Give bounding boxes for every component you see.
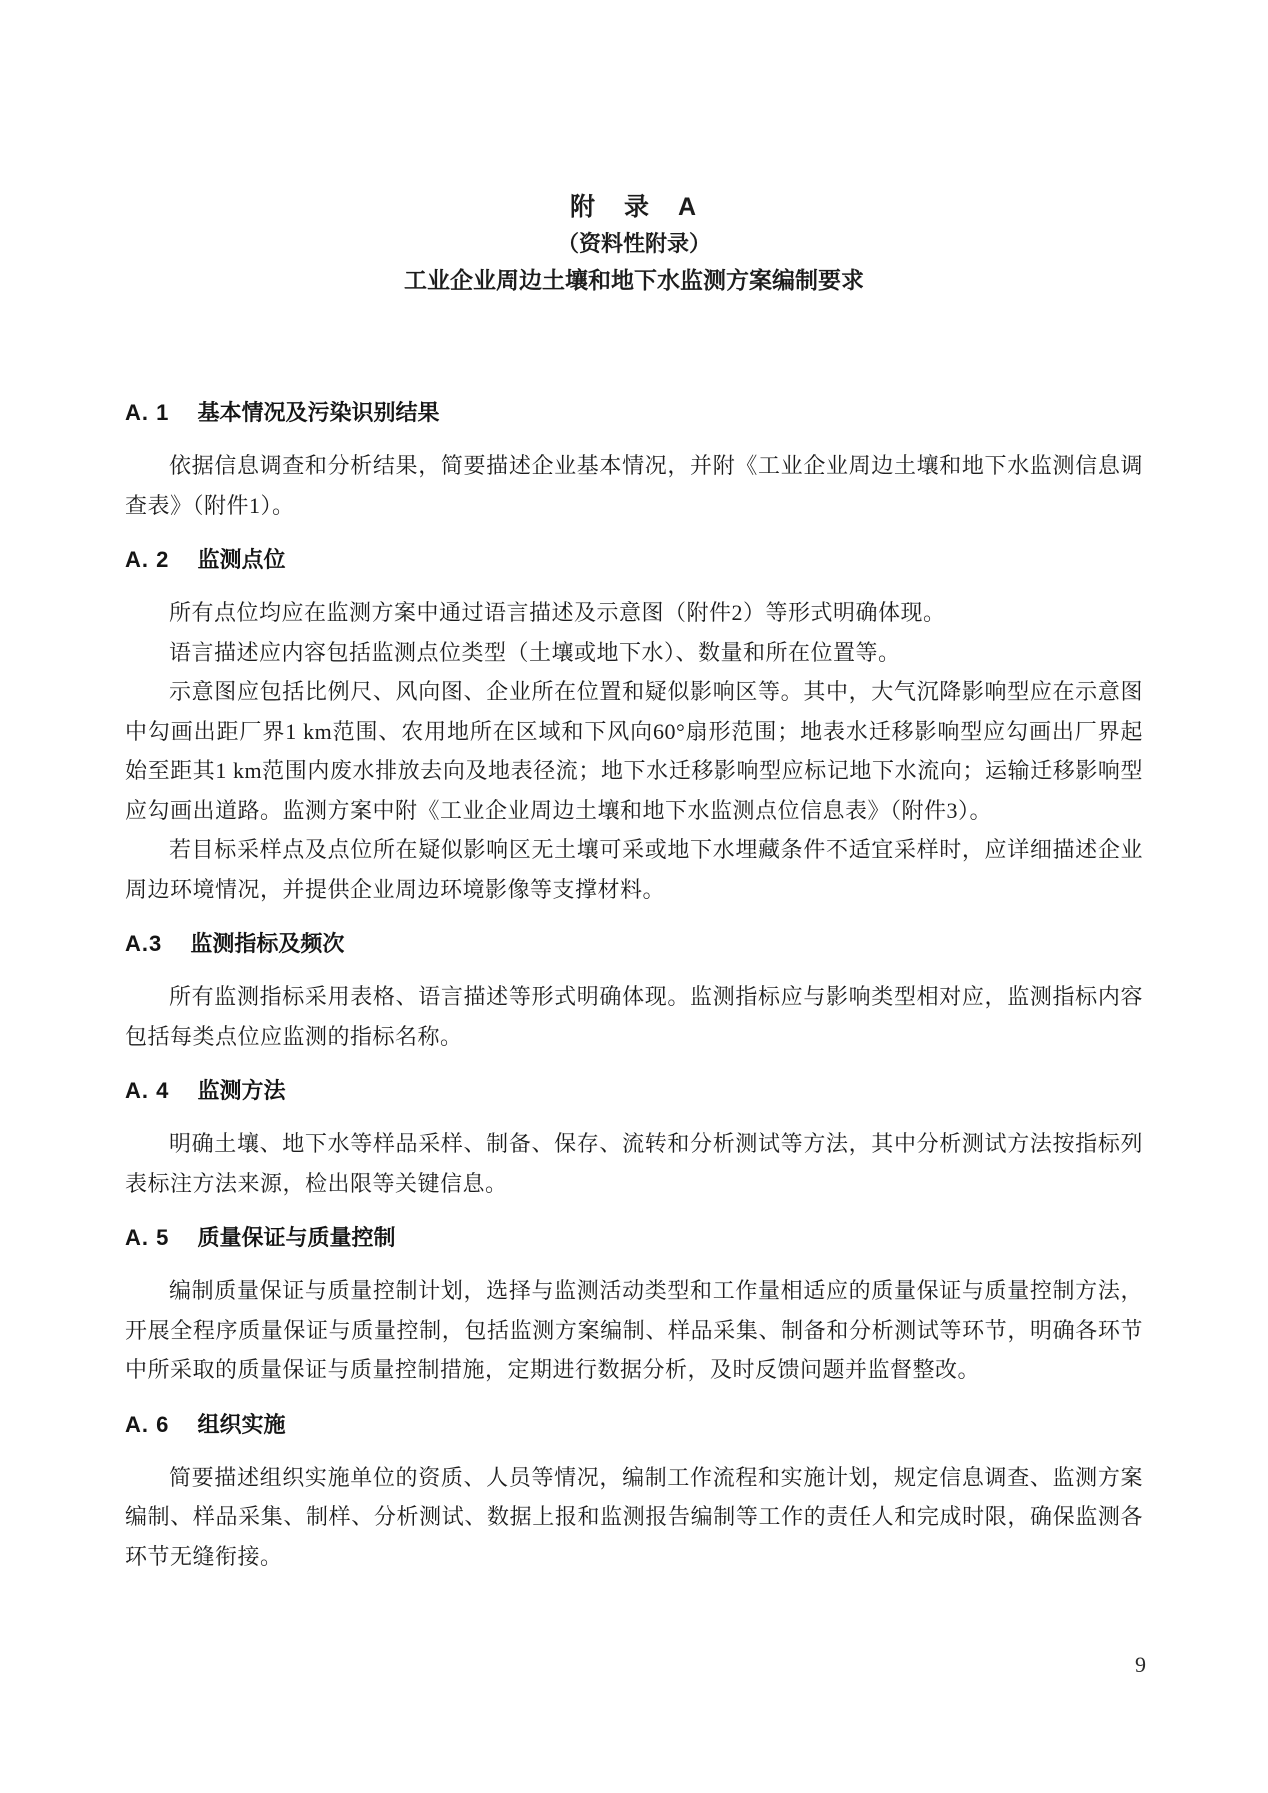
section-number: A. 4: [125, 1078, 169, 1104]
section-title: 基本情况及污染识别结果: [197, 400, 439, 425]
section-title: 监测指标及频次: [190, 931, 344, 956]
section-a2: A. 2 监测点位 所有点位均应在监测方案中通过语言描述及示意图（附件2）等形式…: [125, 547, 1143, 909]
appendix-label: 附 录 A: [125, 192, 1143, 222]
section-number: A. 1: [125, 400, 169, 426]
section-heading: A. 5 质量保证与质量控制: [125, 1225, 1143, 1251]
section-heading: A. 6 组织实施: [125, 1412, 1143, 1438]
section-number: A. 2: [125, 547, 169, 573]
section-a6: A. 6 组织实施 简要描述组织实施单位的资质、人员等情况，编制工作流程和实施计…: [125, 1412, 1143, 1577]
section-number: A. 5: [125, 1225, 169, 1251]
paragraph: 简要描述组织实施单位的资质、人员等情况，编制工作流程和实施计划，规定信息调查、监…: [125, 1458, 1143, 1577]
section-heading: A. 1 基本情况及污染识别结果: [125, 400, 1143, 426]
paragraph: 所有监测指标采用表格、语言描述等形式明确体现。监测指标应与影响类型相对应，监测指…: [125, 977, 1143, 1056]
document-page: 附 录 A （资料性附录） 工业企业周边土壤和地下水监测方案编制要求 A. 1 …: [0, 0, 1268, 1793]
section-heading: A. 2 监测点位: [125, 547, 1143, 573]
section-a3: A.3 监测指标及频次 所有监测指标采用表格、语言描述等形式明确体现。监测指标应…: [125, 931, 1143, 1056]
section-number: A. 6: [125, 1412, 169, 1438]
section-a1: A. 1 基本情况及污染识别结果 依据信息调查和分析结果，简要描述企业基本情况，…: [125, 400, 1143, 525]
paragraph: 所有点位均应在监测方案中通过语言描述及示意图（附件2）等形式明确体现。: [125, 593, 1143, 633]
section-heading: A.3 监测指标及频次: [125, 931, 1143, 957]
document-header: 附 录 A （资料性附录） 工业企业周边土壤和地下水监测方案编制要求: [125, 192, 1143, 294]
section-title: 监测点位: [197, 547, 285, 572]
paragraph: 若目标采样点及点位所在疑似影响区无土壤可采或地下水埋藏条件不适宜采样时，应详细描…: [125, 830, 1143, 909]
section-heading: A. 4 监测方法: [125, 1078, 1143, 1104]
document-title: 工业企业周边土壤和地下水监测方案编制要求: [125, 266, 1143, 294]
paragraph: 编制质量保证与质量控制计划，选择与监测活动类型和工作量相适应的质量保证与质量控制…: [125, 1271, 1143, 1390]
section-title: 质量保证与质量控制: [197, 1225, 395, 1250]
section-a4: A. 4 监测方法 明确土壤、地下水等样品采样、制备、保存、流转和分析测试等方法…: [125, 1078, 1143, 1203]
section-title: 组织实施: [197, 1412, 285, 1437]
paragraph: 依据信息调查和分析结果，简要描述企业基本情况，并附《工业企业周边土壤和地下水监测…: [125, 446, 1143, 525]
paragraph: 示意图应包括比例尺、风向图、企业所在位置和疑似影响区等。其中，大气沉降影响型应在…: [125, 672, 1143, 830]
page-number: 9: [1135, 1652, 1146, 1678]
appendix-type-label: （资料性附录）: [125, 231, 1143, 257]
section-number: A.3: [125, 931, 162, 957]
paragraph: 语言描述应内容包括监测点位类型（土壤或地下水）、数量和所在位置等。: [125, 633, 1143, 673]
paragraph: 明确土壤、地下水等样品采样、制备、保存、流转和分析测试等方法，其中分析测试方法按…: [125, 1124, 1143, 1203]
section-a5: A. 5 质量保证与质量控制 编制质量保证与质量控制计划，选择与监测活动类型和工…: [125, 1225, 1143, 1390]
section-title: 监测方法: [197, 1078, 285, 1103]
